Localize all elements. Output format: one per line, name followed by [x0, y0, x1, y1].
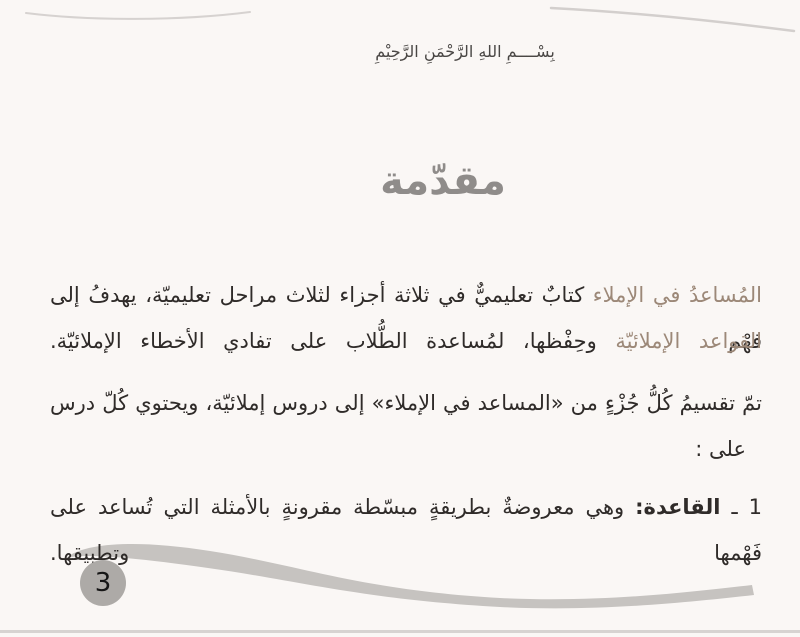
paragraph-1: المُساعدُ في الإملاء كتابٌ تعليميٌّ في ث…	[50, 272, 762, 364]
page-number-badge: 3	[80, 560, 126, 606]
page-number: 3	[95, 568, 112, 598]
text-line-3: تمّ تقسيمُ كُلُّ جُزْءٍ من «المساعد في ا…	[50, 380, 762, 426]
item-term: القاعدة:	[635, 495, 720, 519]
text-line-2: القواعد الإملائيّة وحِفْظها، لمُساعدة ال…	[50, 318, 762, 364]
list-item-1: 1 ـ القاعدة: وهي معروضةٌ بطريقةٍ مبسّطة …	[50, 484, 762, 530]
item-number: 1 ـ	[721, 495, 762, 519]
text-line-5: 1 ـ القاعدة: وهي معروضةٌ بطريقةٍ مبسّطة …	[50, 484, 762, 530]
line-3-text: تمّ تقسيمُ كُلُّ جُزْءٍ من «المساعد في ا…	[50, 391, 762, 415]
text-line-1: المُساعدُ في الإملاء كتابٌ تعليميٌّ في ث…	[50, 272, 762, 318]
text-line-4: على :	[50, 426, 762, 472]
book-title-highlight: المُساعدُ في الإملاء	[593, 283, 762, 307]
page-bottom-edge	[0, 630, 800, 633]
top-right-flourish	[551, 8, 794, 31]
top-left-flourish	[26, 12, 250, 19]
line-2-text: وحِفْظها، لمُساعدة الطُّلاب على تفادي ال…	[50, 329, 615, 353]
bismillah-calligraphy: بِسْــــمِ اللهِ الرَّحْمَنِ الرَّحِيْمِ	[355, 42, 575, 74]
key-term-highlight: القواعد الإملائيّة	[615, 329, 762, 353]
paragraph-2: تمّ تقسيمُ كُلُّ جُزْءٍ من «المساعد في ا…	[50, 380, 762, 472]
page-title: مقدّمة	[86, 158, 800, 204]
line-4-text: على :	[695, 437, 746, 461]
book-page: بِسْــــمِ اللهِ الرَّحْمَنِ الرَّحِيْمِ…	[0, 0, 800, 637]
